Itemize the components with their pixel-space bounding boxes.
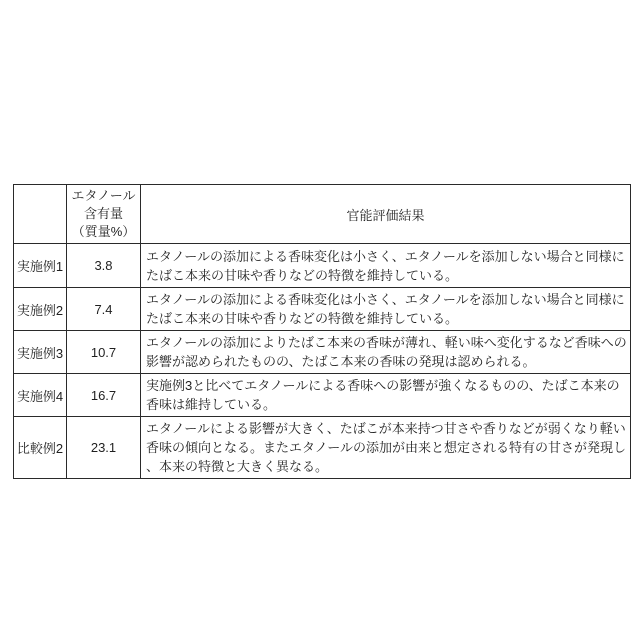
header-sensory-result: 官能評価結果	[141, 185, 631, 244]
row-label: 実施例3	[14, 331, 67, 374]
document-page: エタノール 含有量 （質量%） 官能評価結果 実施例1 3.8 エタノールの添加…	[0, 0, 640, 640]
evaluation-text: エタノールの添加による香味変化は小さく、エタノールを添加しない場合と同様にたばこ…	[141, 288, 631, 331]
table-row: 実施例1 3.8 エタノールの添加による香味変化は小さく、エタノールを添加しない…	[14, 244, 631, 288]
table-row: 比較例2 23.1 エタノールによる影響が大きく、たばこが本来持つ甘さや香りなど…	[14, 417, 631, 479]
ethanol-value: 23.1	[67, 417, 141, 479]
ethanol-value: 7.4	[67, 288, 141, 331]
evaluation-text: エタノールによる影響が大きく、たばこが本来持つ甘さや香りなどが弱くなり軽い香味の…	[141, 417, 631, 479]
table-header: エタノール 含有量 （質量%） 官能評価結果	[14, 185, 631, 244]
ethanol-value: 10.7	[67, 331, 141, 374]
header-corner-cell	[14, 185, 67, 244]
row-label: 比較例2	[14, 417, 67, 479]
evaluation-text: エタノールの添加によりたばこ本来の香味が薄れ、軽い味へ変化するなど香味への影響が…	[141, 331, 631, 374]
sensory-evaluation-table: エタノール 含有量 （質量%） 官能評価結果 実施例1 3.8 エタノールの添加…	[13, 184, 631, 479]
evaluation-text: エタノールの添加による香味変化は小さく、エタノールを添加しない場合と同様にたばこ…	[141, 244, 631, 288]
ethanol-value: 16.7	[67, 374, 141, 417]
ethanol-value: 3.8	[67, 244, 141, 288]
evaluation-text: 実施例3と比べてエタノールによる香味への影響が強くなるものの、たばこ本来の香味は…	[141, 374, 631, 417]
header-row: エタノール 含有量 （質量%） 官能評価結果	[14, 185, 631, 244]
table-row: 実施例3 10.7 エタノールの添加によりたばこ本来の香味が薄れ、軽い味へ変化す…	[14, 331, 631, 374]
row-label: 実施例2	[14, 288, 67, 331]
row-label: 実施例1	[14, 244, 67, 288]
table-row: 実施例4 16.7 実施例3と比べてエタノールによる香味への影響が強くなるものの…	[14, 374, 631, 417]
table-row: 実施例2 7.4 エタノールの添加による香味変化は小さく、エタノールを添加しない…	[14, 288, 631, 331]
row-label: 実施例4	[14, 374, 67, 417]
table-body: 実施例1 3.8 エタノールの添加による香味変化は小さく、エタノールを添加しない…	[14, 244, 631, 479]
header-ethanol-content: エタノール 含有量 （質量%）	[67, 185, 141, 244]
